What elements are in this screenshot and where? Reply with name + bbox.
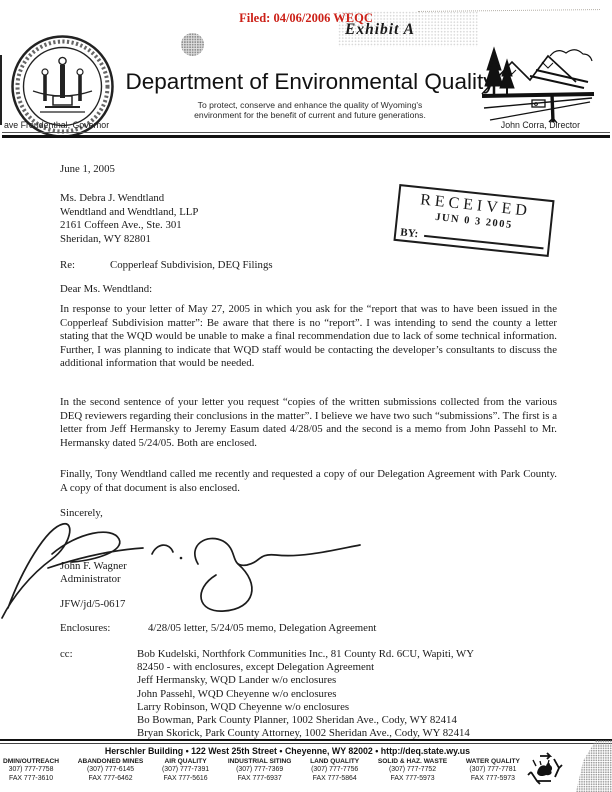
dept-fax: FAX 777-6462 — [78, 775, 144, 784]
filed-date-stamp: Filed: 04/06/2006 WEQC — [0, 11, 612, 26]
dept-abandoned-mines: ABANDONED MINES (307) 777-6145 FAX 777-6… — [78, 758, 144, 783]
dept-fax: FAX 777-5973 — [466, 775, 520, 784]
dept-fax: FAX 777-5864 — [310, 775, 359, 784]
mountain-landscape-icon — [480, 36, 598, 128]
enclosures-label: Enclosures: — [60, 622, 148, 636]
hole-punch-mark — [181, 33, 204, 56]
cc-label: cc: — [60, 648, 137, 740]
recipient-street: 2161 Coffeen Ave., Ste. 301 — [60, 219, 198, 233]
dept-name: WATER QUALITY — [466, 758, 520, 766]
governor-name: ave Freudenthal, Governor — [4, 120, 109, 130]
cc-line: Larry Robinson, WQD Cheyenne w/o enclosu… — [137, 701, 474, 714]
cc-line: 82450 - with enclosures, except Delegati… — [137, 661, 474, 674]
dept-solid-haz-waste: SOLID & HAZ. WASTE (307) 777-7752 FAX 77… — [378, 758, 447, 783]
cc-line: Bob Kudelski, Northfork Communities Inc.… — [137, 648, 474, 661]
re-label: Re: — [60, 259, 110, 273]
cc-line: Jeff Hermansky, WQD Lander w/o enclosure… — [137, 674, 474, 687]
tagline-line-1: To protect, conserve and enhance the qua… — [112, 100, 508, 110]
recipient-name: Ms. Debra J. Wendtland — [60, 192, 198, 206]
recipient-city: Sheridan, WY 82801 — [60, 233, 198, 247]
salutation: Dear Ms. Wendtland: — [60, 283, 152, 297]
footer-rule-thin — [0, 743, 612, 744]
cc-row: cc: Bob Kudelski, Northfork Communities … — [60, 648, 474, 740]
body-paragraph-1: In response to your letter of May 27, 20… — [60, 303, 557, 371]
enclosures-row: Enclosures: 4/28/05 letter, 5/24/05 memo… — [60, 622, 376, 636]
dept-name: DMIN/OUTREACH — [3, 758, 59, 766]
exhibit-label: Exhibit A — [345, 21, 415, 39]
dept-phone: (307) 777-7752 — [378, 766, 447, 775]
dept-air-quality: AIR QUALITY (307) 777-7391 FAX 777-5616 — [162, 758, 209, 783]
dept-fax: FAX 777-3610 — [3, 775, 59, 784]
handwritten-signature — [0, 512, 380, 620]
dept-fax: FAX 777-5616 — [162, 775, 209, 784]
footer-address-line: Herschler Building • 122 West 25th Stree… — [0, 746, 575, 756]
dept-phone: (307) 777-7756 — [310, 766, 359, 775]
scan-edge-artifact — [0, 55, 2, 125]
dept-phone: (307) 777-7391 — [162, 766, 209, 775]
cc-line: Bo Bowman, Park County Planner, 1002 She… — [137, 714, 474, 727]
footer-rule-thick — [0, 739, 612, 741]
body-paragraph-2: In the second sentence of your letter yo… — [60, 396, 557, 450]
header-rule-thick — [2, 135, 610, 138]
dept-phone: 307) 777-7758 — [3, 766, 59, 775]
received-stamp-by-line — [424, 235, 544, 250]
body-paragraph-3: Finally, Tony Wendtland called me recent… — [60, 468, 557, 495]
footer-department-contacts: DMIN/OUTREACH 307) 777-7758 FAX 777-3610… — [3, 758, 520, 783]
dept-land-quality: LAND QUALITY (307) 777-7756 FAX 777-5864 — [310, 758, 359, 783]
reference-code: JFW/jd/5-0617 — [60, 598, 125, 612]
cc-list: Bob Kudelski, Northfork Communities Inc.… — [137, 648, 474, 740]
dept-name: AIR QUALITY — [162, 758, 209, 766]
signer-name: John F. Wagner — [60, 560, 127, 574]
re-value: Copperleaf Subdivision, DEQ Filings — [110, 259, 273, 273]
cc-line: John Passehl, WQD Cheyenne w/o enclosure… — [137, 688, 474, 701]
dept-name: SOLID & HAZ. WASTE — [378, 758, 447, 766]
dept-fax: FAX 777-5973 — [378, 775, 447, 784]
closing: Sincerely, — [60, 507, 103, 521]
dept-name: LAND QUALITY — [310, 758, 359, 766]
recipient-firm: Wendtland and Wendtland, LLP — [60, 206, 198, 220]
dept-admin-outreach: DMIN/OUTREACH 307) 777-7758 FAX 777-3610 — [3, 758, 59, 783]
dept-name: ABANDONED MINES — [78, 758, 144, 766]
header-rule-thin — [2, 132, 610, 133]
letter-date: June 1, 2005 — [60, 163, 115, 177]
received-stamp: RECEIVED JUN 0 3 2005 BY: — [393, 184, 554, 257]
received-stamp-by-label: BY: — [400, 226, 419, 240]
re-line: Re: Copperleaf Subdivision, DEQ Filings — [60, 259, 273, 273]
dept-industrial-siting: INDUSTRIAL SITING (307) 777-7369 FAX 777… — [228, 758, 292, 783]
recycle-bucking-horse-icon — [527, 752, 563, 786]
dept-phone: (307) 777-7781 — [466, 766, 520, 775]
enclosures-value: 4/28/05 letter, 5/24/05 memo, Delegation… — [148, 622, 376, 636]
dept-water-quality: WATER QUALITY (307) 777-7781 FAX 777-597… — [466, 758, 520, 783]
letter-page: Filed: 04/06/2006 WEQC Exhibit A Departm… — [0, 0, 612, 792]
tagline-line-2: environment for the benefit of current a… — [112, 110, 508, 120]
dept-name: INDUSTRIAL SITING — [228, 758, 292, 766]
signer-title: Administrator — [60, 573, 121, 587]
scan-halftone-artifact — [576, 740, 612, 792]
department-title: Department of Environmental Quality — [112, 69, 508, 95]
dept-phone: (307) 777-7369 — [228, 766, 292, 775]
department-tagline: To protect, conserve and enhance the qua… — [112, 100, 508, 120]
recipient-address-block: Ms. Debra J. Wendtland Wendtland and Wen… — [60, 192, 198, 246]
dept-fax: FAX 777-6937 — [228, 775, 292, 784]
dept-phone: (307) 777-6145 — [78, 766, 144, 775]
